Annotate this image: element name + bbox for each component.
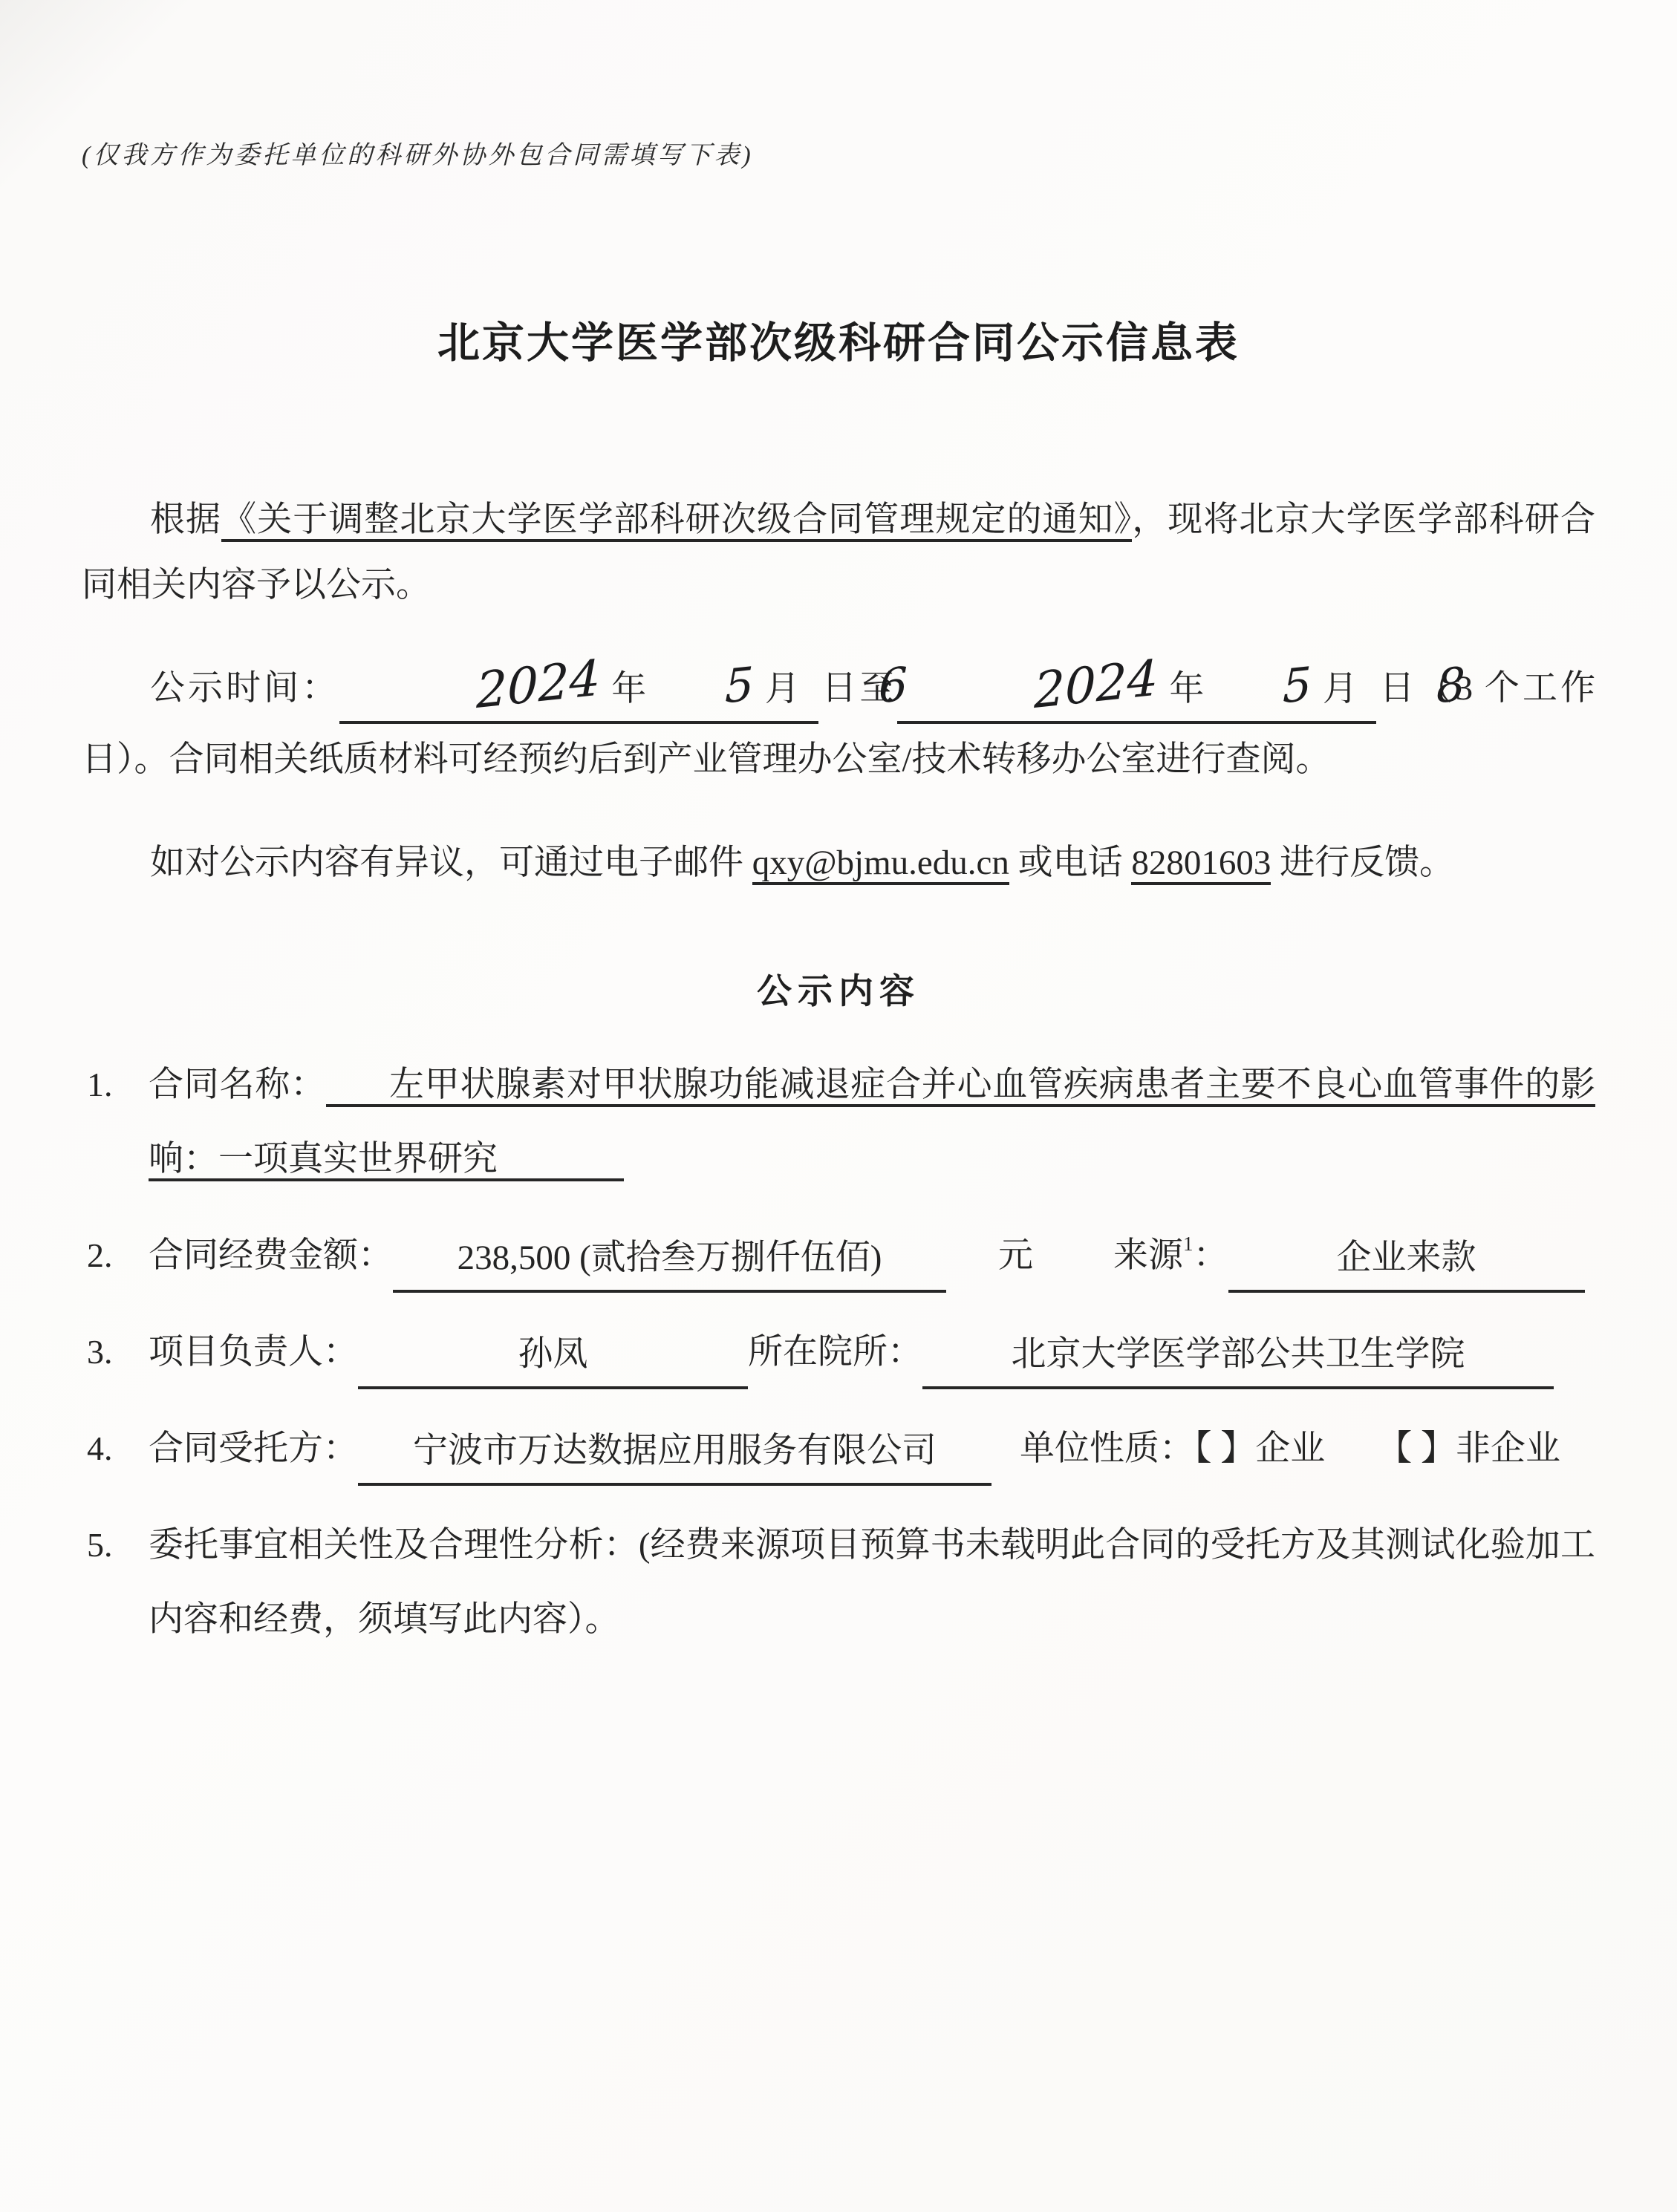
trustee-blank: 宁波市万达数据应用服务有限公司	[358, 1419, 991, 1486]
handwritten-end-month: 5	[1215, 668, 1312, 710]
publicity-items-list: 1. 合同名称：左甲状腺素对甲状腺功能减退症合并心血管疾病患者主要不良心血管事件…	[82, 1048, 1595, 1657]
analysis-text: 委托事宜相关性及合理性分析：(经费来源项目预算书未载明此合同的受托方及其测试化验…	[149, 1526, 1595, 1639]
notice-reference: 《关于调整北京大学医学部科研次级合同管理规定的通知》	[221, 500, 1132, 542]
feedback-prefix: 如对公示内容有异议，可通过电子邮件	[150, 844, 752, 882]
funding-amount: 238,500 (贰拾叁万捌仟伍佰)	[457, 1239, 882, 1277]
item-contract-name: 1. 合同名称：左甲状腺素对甲状腺功能减退症合并心血管疾病患者主要不良心血管事件…	[82, 1048, 1595, 1196]
item-number: 4.	[87, 1412, 113, 1486]
intro-prefix: 根据	[150, 500, 221, 539]
period-end-blank: 2024年5月8	[897, 657, 1376, 724]
trustee-value: 宁波市万达数据应用服务有限公司	[413, 1432, 937, 1470]
department-value: 北京大学医学部公共卫生学院	[1012, 1335, 1465, 1374]
enterprise-checkbox: 【 】	[1194, 1429, 1255, 1468]
funding-amount-blank: 238,500 (贰拾叁万捌仟伍佰)	[393, 1226, 946, 1293]
funding-source-label: 来源	[1113, 1236, 1183, 1275]
handwritten-end-year: 2024	[966, 661, 1159, 716]
end-month-unit: 月	[1323, 670, 1358, 708]
source-footnote-superscript: 1	[1183, 1233, 1194, 1255]
period-label: 公示时间：	[150, 669, 339, 708]
period-start-blank: 2024年5月6	[339, 657, 818, 724]
scanned-document-page: (仅我方作为委托单位的科研外协外包合同需填写下表) 北京大学医学部次级科研合同公…	[0, 0, 1677, 2212]
item-number: 2.	[87, 1218, 113, 1293]
source-colon: ：	[1194, 1236, 1228, 1275]
trustee-label: 合同受托方：	[149, 1429, 358, 1468]
start-year-unit: 年	[611, 670, 646, 708]
enterprise-option-label: 企业	[1255, 1429, 1325, 1468]
handwritten-start-year: 2024	[408, 661, 601, 716]
top-note: (仅我方作为委托单位的科研外协外包合同需填写下表)	[82, 0, 1595, 174]
item-number: 5.	[87, 1508, 113, 1582]
leader-name-blank: 孙凤	[358, 1322, 748, 1389]
feedback-suffix: 进行反馈。	[1271, 844, 1454, 882]
item-project-leader: 3. 项目负责人：孙凤所在院所：北京大学医学部公共卫生学院	[82, 1315, 1595, 1389]
leader-label: 项目负责人：	[149, 1333, 358, 1371]
contract-name-value: 左甲状腺素对甲状腺功能减退症合并心血管疾病患者主要不良心血管事件的影响：一项真实…	[149, 1066, 1595, 1181]
funding-source-value: 企业来款	[1337, 1239, 1476, 1277]
feedback-paragraph: 如对公示内容有异议，可通过电子邮件 qxy@bjmu.edu.cn 或电话 82…	[82, 830, 1595, 895]
department-label: 所在院所：	[748, 1333, 922, 1371]
contract-name-label: 合同名称：	[149, 1066, 326, 1104]
item-number: 3.	[87, 1315, 113, 1389]
unit-nature-label: 单位性质：	[1020, 1429, 1194, 1468]
intro-paragraph: 根据《关于调整北京大学医学部科研次级合同管理规定的通知》，现将北京大学医学部科研…	[82, 487, 1595, 618]
funding-source-blank: 企业来款	[1228, 1226, 1585, 1293]
item-trustee: 4. 合同受托方：宁波市万达数据应用服务有限公司单位性质：【 】企业【 】非企业	[82, 1412, 1595, 1486]
end-year-unit: 年	[1169, 670, 1204, 708]
item-funding: 2. 合同经费金额：238,500 (贰拾叁万捌仟伍佰)元来源1：企业来款	[82, 1218, 1595, 1293]
section-heading: 公示内容	[82, 964, 1595, 1014]
non-enterprise-option-label: 非企业	[1456, 1429, 1560, 1468]
publicity-period-paragraph: 公示时间：2024年5月6日至2024年5月8日（3 个工作日）。合同相关纸质材…	[82, 653, 1595, 795]
feedback-email: qxy@bjmu.edu.cn	[752, 844, 1009, 885]
currency-unit: 元	[998, 1236, 1033, 1275]
option-non-enterprise: 【 】非企业	[1377, 1429, 1560, 1468]
item-analysis: 5. 委托事宜相关性及合理性分析：(经费来源项目预算书未载明此合同的受托方及其测…	[82, 1508, 1595, 1657]
funding-label: 合同经费金额：	[149, 1236, 393, 1275]
non-enterprise-checkbox: 【 】	[1377, 1429, 1456, 1468]
feedback-middle: 或电话	[1009, 844, 1132, 882]
feedback-phone: 82801603	[1131, 844, 1271, 885]
document-title: 北京大学医学部次级科研合同公示信息表	[82, 309, 1595, 370]
handwritten-start-month: 5	[657, 668, 755, 710]
department-blank: 北京大学医学部公共卫生学院	[922, 1322, 1554, 1389]
start-month-unit: 月	[765, 670, 800, 708]
item-number: 1.	[87, 1048, 113, 1122]
option-enterprise: 【 】企业	[1194, 1429, 1325, 1468]
leader-name: 孙凤	[518, 1335, 588, 1374]
